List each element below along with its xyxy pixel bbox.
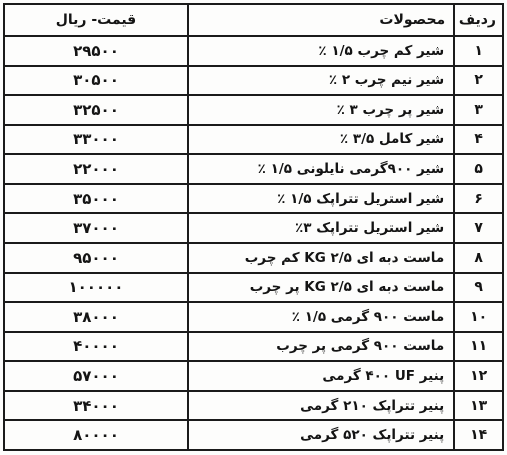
row-number-cell: ۱۳ [454, 391, 503, 421]
price-cell: ۳۵۰۰۰ [4, 184, 188, 214]
price-cell: ۱۰۰۰۰۰ [4, 273, 188, 303]
price-table: ردیف محصولات قیمت- ریال ۱ شیر کم چرب ۱/۵… [3, 3, 504, 451]
product-name-cell: شیر نیم چرب ۲ ٪ [188, 66, 454, 96]
price-cell: ۳۰۵۰۰ [4, 66, 188, 96]
product-name-cell: شیر کم چرب ۱/۵ ٪ [188, 36, 454, 66]
row-number-cell: ۱۱ [454, 332, 503, 362]
price-sheet-page: ردیف محصولات قیمت- ریال ۱ شیر کم چرب ۱/۵… [0, 0, 507, 455]
row-number-cell: ۱۰ [454, 302, 503, 332]
product-name-cell: ماست دبه ای ۲/۵ KG پر چرب [188, 273, 454, 303]
price-cell: ۳۴۰۰۰ [4, 391, 188, 421]
product-name-cell: ماست دبه ای ۲/۵ KG کم چرب [188, 243, 454, 273]
row-number-cell: ۱ [454, 36, 503, 66]
row-number-cell: ۷ [454, 213, 503, 243]
table-row: ۶ شیر استریل تتراپک ۱/۵ ٪ ۳۵۰۰۰ [4, 184, 503, 214]
table-row: ۸ ماست دبه ای ۲/۵ KG کم چرب ۹۵۰۰۰ [4, 243, 503, 273]
price-cell: ۸۰۰۰۰ [4, 420, 188, 450]
header-products: محصولات [188, 4, 454, 36]
table-row: ۱۲ پنیر UF‏ ۴۰۰ گرمی ۵۷۰۰۰ [4, 361, 503, 391]
table-row: ۲ شیر نیم چرب ۲ ٪ ۳۰۵۰۰ [4, 66, 503, 96]
price-cell: ۹۵۰۰۰ [4, 243, 188, 273]
price-cell: ۳۲۵۰۰ [4, 95, 188, 125]
product-name-cell: شیر پر چرب ۳ ٪ [188, 95, 454, 125]
table-row: ۹ ماست دبه ای ۲/۵ KG پر چرب ۱۰۰۰۰۰ [4, 273, 503, 303]
header-row: ردیف محصولات قیمت- ریال [4, 4, 503, 36]
row-number-cell: ۵ [454, 154, 503, 184]
table-row: ۱۳ پنیر تتراپک ۲۱۰ گرمی ۳۴۰۰۰ [4, 391, 503, 421]
product-name-cell: ماست ۹۰۰ گرمی پر چرب [188, 332, 454, 362]
row-number-cell: ۶ [454, 184, 503, 214]
price-cell: ۲۲۰۰۰ [4, 154, 188, 184]
product-name-cell: پنیر تتراپک ۲۱۰ گرمی [188, 391, 454, 421]
table-row: ۵ شیر ۹۰۰گرمی نایلونی ۱/۵ ٪ ۲۲۰۰۰ [4, 154, 503, 184]
row-number-cell: ۲ [454, 66, 503, 96]
table-body: ۱ شیر کم چرب ۱/۵ ٪ ۲۹۵۰۰ ۲ شیر نیم چرب ۲… [4, 36, 503, 450]
table-row: ۱۴ پنیر تتراپک ۵۲۰ گرمی ۸۰۰۰۰ [4, 420, 503, 450]
product-name-cell: شیر استریل تتراپک ۳٪ [188, 213, 454, 243]
product-name-cell: شیر استریل تتراپک ۱/۵ ٪ [188, 184, 454, 214]
row-number-cell: ۱۴ [454, 420, 503, 450]
row-number-cell: ۱۲ [454, 361, 503, 391]
header-price-rial: قیمت- ریال [4, 4, 188, 36]
product-name-cell: شیر ۹۰۰گرمی نایلونی ۱/۵ ٪ [188, 154, 454, 184]
product-name-cell: ماست ۹۰۰ گرمی ۱/۵ ٪ [188, 302, 454, 332]
product-name-cell: شیر کامل ۳/۵ ٪ [188, 125, 454, 155]
table-row: ۱ شیر کم چرب ۱/۵ ٪ ۲۹۵۰۰ [4, 36, 503, 66]
row-number-cell: ۸ [454, 243, 503, 273]
table-row: ۴ شیر کامل ۳/۵ ٪ ۳۳۰۰۰ [4, 125, 503, 155]
table-row: ۱۰ ماست ۹۰۰ گرمی ۱/۵ ٪ ۳۸۰۰۰ [4, 302, 503, 332]
header-row-number: ردیف [454, 4, 503, 36]
row-number-cell: ۳ [454, 95, 503, 125]
table-row: ۳ شیر پر چرب ۳ ٪ ۳۲۵۰۰ [4, 95, 503, 125]
price-cell: ۳۷۰۰۰ [4, 213, 188, 243]
table-row: ۷ شیر استریل تتراپک ۳٪ ۳۷۰۰۰ [4, 213, 503, 243]
price-cell: ۲۹۵۰۰ [4, 36, 188, 66]
row-number-cell: ۹ [454, 273, 503, 303]
row-number-cell: ۴ [454, 125, 503, 155]
price-cell: ۵۷۰۰۰ [4, 361, 188, 391]
price-cell: ۳۸۰۰۰ [4, 302, 188, 332]
product-name-cell: پنیر UF‏ ۴۰۰ گرمی [188, 361, 454, 391]
price-cell: ۳۳۰۰۰ [4, 125, 188, 155]
product-name-cell: پنیر تتراپک ۵۲۰ گرمی [188, 420, 454, 450]
table-row: ۱۱ ماست ۹۰۰ گرمی پر چرب ۴۰۰۰۰ [4, 332, 503, 362]
price-cell: ۴۰۰۰۰ [4, 332, 188, 362]
